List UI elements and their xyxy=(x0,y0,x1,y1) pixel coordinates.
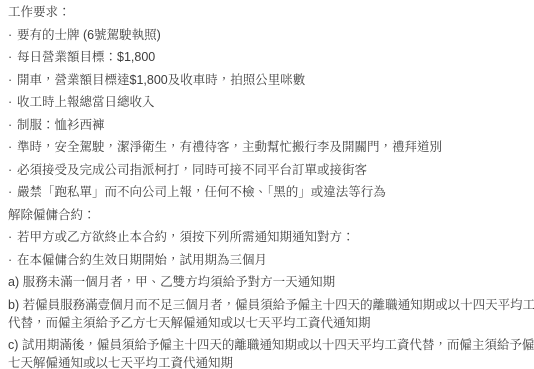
bullet-prohibitions: ·嚴禁「跑私單」而不向公司上報，任何不檢、「黑的」或違法等行為 xyxy=(8,183,528,201)
bullet-marker: · xyxy=(8,48,17,66)
bullet-text: 必須接受及完成公司指派柯打，同時可接不同平台訂單或接街客 xyxy=(17,163,367,177)
bullet-probation-period: ·在本僱傭合約生效日期開始，試用期為三個月 xyxy=(8,251,528,269)
clause-text: a) 服務未滿一個月者，甲、乙雙方均須給予對方一天通知期 xyxy=(8,275,335,289)
bullet-odometer-photo: ·開車，營業額目標達$1,800及收車時，拍照公里咪數 xyxy=(8,71,528,89)
bullet-text: 每日營業額目標：$1,800 xyxy=(17,50,155,64)
clause-text-line1: b) 若僱員服務滿壹個月而不足三個月者，僱員須給予僱主十四天的離職通知期或以十四… xyxy=(8,298,534,312)
bullet-company-orders: ·必須接受及完成公司指派柯打，同時可接不同平台訂單或接街客 xyxy=(8,161,528,179)
bullet-marker: · xyxy=(8,26,17,44)
bullet-marker: · xyxy=(8,228,17,246)
bullet-uniform: ·制服：恤衫西褲 xyxy=(8,116,528,134)
heading-termination: 解除僱傭合約： xyxy=(8,206,528,224)
bullet-marker: · xyxy=(8,71,17,89)
bullet-marker: · xyxy=(8,251,17,269)
bullet-text: 開車，營業額目標達$1,800及收車時，拍照公里咪數 xyxy=(17,73,305,87)
document-body: 工作要求： ·要有的士牌 (6號駕駛執照) ·每日營業額目標：$1,800 ·開… xyxy=(0,0,534,369)
bullet-text: 若甲方或乙方欲終止本合約，須按下列所需通知期通知對方： xyxy=(17,230,355,244)
bullet-text: 在本僱傭合約生效日期開始，試用期為三個月 xyxy=(17,253,267,267)
heading-work-requirements: 工作要求： xyxy=(8,3,528,21)
bullet-text: 準時，安全駕駛，潔淨衛生，有禮待客，主動幫忙搬行李及開關門，禮拜道別 xyxy=(17,140,442,154)
heading-text: 工作要求： xyxy=(8,5,71,19)
heading-text: 解除僱傭合約： xyxy=(8,208,96,222)
bullet-text: 嚴禁「跑私單」而不向公司上報，任何不檢、「黑的」或違法等行為 xyxy=(17,185,386,199)
bullet-taxi-licence: ·要有的士牌 (6號駕駛執照) xyxy=(8,26,528,44)
bullet-termination-notice: ·若甲方或乙方欲終止本合約，須按下列所需通知期通知對方： xyxy=(8,228,528,246)
bullet-conduct: ·準時，安全駕駛，潔淨衛生，有禮待客，主動幫忙搬行李及開關門，禮拜道別 xyxy=(8,138,528,156)
bullet-marker: · xyxy=(8,183,17,201)
clause-text-line2: 代替，而僱主須給予乙方七天解僱通知或以七天平均工資代通知期 xyxy=(8,316,371,330)
bullet-report-daily-income: ·收工時上報總當日總收入 xyxy=(8,93,528,111)
clause-text-line1: c) 試用期滿後，僱員須給予僱主十四天的離職通知期或以十四天平均工資代替，而僱主… xyxy=(8,338,534,352)
clause-b: b) 若僱員服務滿壹個月而不足三個月者，僱員須給予僱主十四天的離職通知期或以十四… xyxy=(8,296,528,332)
bullet-marker: · xyxy=(8,161,17,179)
bullet-marker: · xyxy=(8,93,17,111)
clause-a: a) 服務未滿一個月者，甲、乙雙方均須給予對方一天通知期 xyxy=(8,273,528,291)
bullet-text: 制服：恤衫西褲 xyxy=(17,118,105,132)
clause-c: c) 試用期滿後，僱員須給予僱主十四天的離職通知期或以十四天平均工資代替，而僱主… xyxy=(8,336,528,369)
clause-text-line2: 七天解僱通知或以七天平均工資代通知期 xyxy=(8,356,233,369)
bullet-text: 收工時上報總當日總收入 xyxy=(17,95,155,109)
bullet-daily-revenue-target: ·每日營業額目標：$1,800 xyxy=(8,48,528,66)
bullet-marker: · xyxy=(8,138,17,156)
bullet-marker: · xyxy=(8,116,17,134)
bullet-text: 要有的士牌 (6號駕駛執照) xyxy=(17,28,161,42)
